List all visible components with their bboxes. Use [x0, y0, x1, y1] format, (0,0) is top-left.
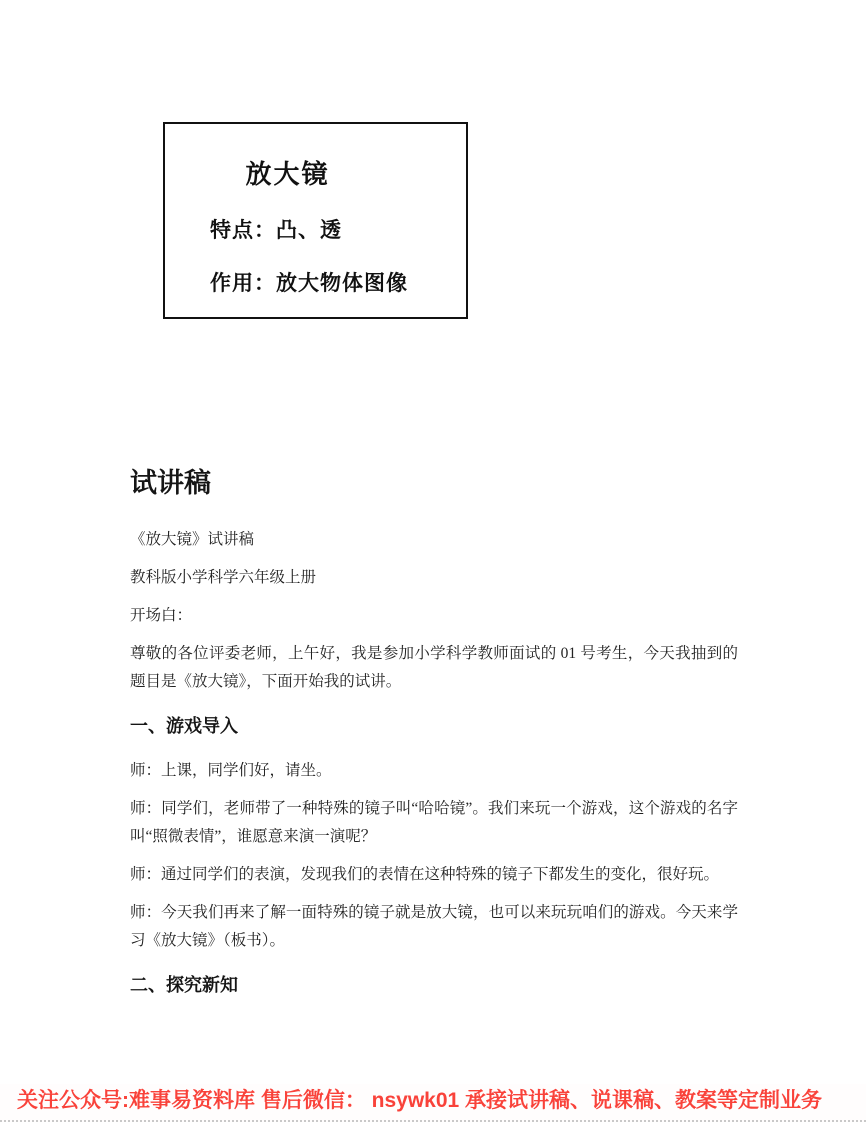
board-title: 放大镜 [165, 154, 410, 191]
document-page: 放大镜 特点：凸、透 作用：放大物体图像 试讲稿 《放大镜》试讲稿 教科版小学科… [0, 0, 866, 1122]
teacher-line-1: 师：上课，同学们好，请坐。 [130, 757, 738, 785]
board-function-line: 作用：放大物体图像 [210, 267, 466, 297]
textbook-edition: 教科版小学科学六年级上册 [130, 564, 738, 592]
promo-footer: 关注公众号:难事易资料库 售后微信： nsywk01 承接试讲稿、说课稿、教案等… [0, 1084, 866, 1122]
section-2-heading: 二、探究新知 [130, 972, 738, 998]
teacher-line-3: 师：通过同学们的表演，发现我们的表情在这种特殊的镜子下都发生的变化，很好玩。 [130, 861, 738, 889]
board-feature-line: 特点：凸、透 [210, 214, 466, 244]
page-title: 试讲稿 [130, 466, 738, 500]
document-body: 试讲稿 《放大镜》试讲稿 教科版小学科学六年级上册 开场白： 尊敬的各位评委老师… [130, 466, 738, 1016]
teacher-line-2: 师：同学们，老师带了一种特殊的镜子叫“哈哈镜”。我们来玩一个游戏，这个游戏的名字… [130, 795, 738, 851]
teacher-line-4: 师：今天我们再来了解一面特殊的镜子就是放大镜，也可以来玩玩咱们的游戏。今天来学习… [130, 899, 738, 955]
opening-label: 开场白： [130, 602, 738, 630]
document-subtitle: 《放大镜》试讲稿 [130, 526, 738, 554]
promo-footer-text: 关注公众号:难事易资料库 售后微信： nsywk01 承接试讲稿、说课稿、教案等… [17, 1089, 822, 1112]
opening-paragraph: 尊敬的各位评委老师，上午好，我是参加小学科学教师面试的 01 号考生，今天我抽到… [130, 640, 738, 696]
blackboard-box: 放大镜 特点：凸、透 作用：放大物体图像 [163, 122, 468, 319]
section-1-heading: 一、游戏导入 [130, 713, 738, 739]
